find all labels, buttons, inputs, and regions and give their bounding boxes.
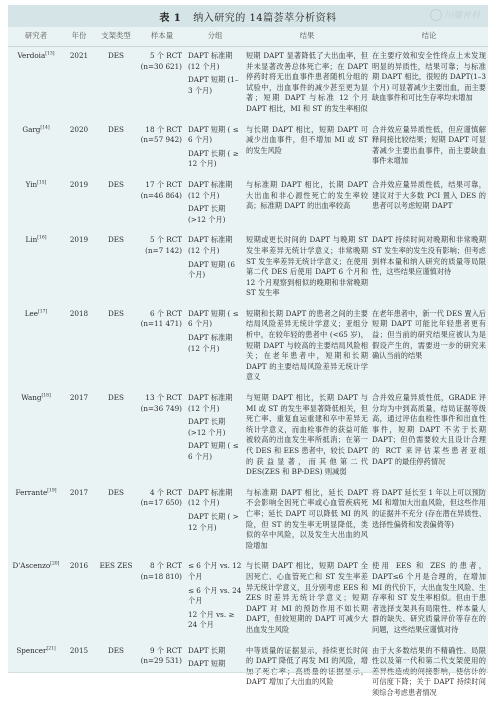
stent-type-value: EES ZES: [100, 561, 133, 570]
conclusion-text: 将 DAPT 延长至 1 年以上可以预防 MI 和增加大出血风险，但这些作用的证…: [372, 488, 486, 529]
stent-type-value: DES: [108, 235, 124, 244]
table-header-row: 研究者 年份 支架类型 样本量 分组 结果 结论: [8, 27, 488, 47]
group-item: DAPT 短期 ( ≤ 6 个月): [188, 309, 242, 330]
author-name: Ferrante: [15, 488, 47, 497]
table-row: Ferrante[19]2017DES4 个 RCT(n=17 650)DAPT…: [8, 484, 488, 558]
result-text: 与短期 DAPT 相比，长期 DAPT 与 MI 或 ST 的发生率显著降低相关…: [246, 393, 368, 476]
result-text: 短期和长期 DAPT 的患者之间的主要结局风险差异无统计学意义；亚组分析中，在较…: [246, 309, 368, 382]
meta-analysis-table: 研究者 年份 支架类型 样本量 分组 结果 结论 Verdoia[13]2021…: [8, 27, 488, 677]
study-count: 9 个 RCT: [140, 646, 182, 657]
group-item: DAPT 标准期 (12 个月): [188, 393, 242, 414]
cell-author: D'Ascenzo[20]: [8, 557, 64, 641]
year-value: 2016: [70, 561, 88, 570]
table-page: 表 1 纳入研究的 14篇荟萃分析资料 川藏骨科 研究者 年份 支架类型 样本量…: [8, 5, 488, 673]
group-item: DAPT 短期 ( ≤ 6 个月): [188, 125, 242, 146]
year-value: 2017: [70, 393, 88, 402]
cell-groups: DAPT 标准期 (12 个月)DAPT 长期 (>12 个月): [186, 176, 244, 231]
reference-citation: [17]: [38, 309, 47, 314]
cell-year: 2019: [64, 176, 94, 231]
conclusion-text: 合并效应量异质性低，结果可靠，建议对于大多数 PCI 置入 DES 的患者可以考…: [372, 180, 486, 210]
sample-n: (n=46 864): [140, 191, 182, 202]
group-item: DAPT 标准期 (12 个月): [188, 488, 242, 509]
group-item: DAPT 短期 ( ≤ 6 个月): [188, 441, 242, 462]
year-value: 2015: [70, 646, 88, 655]
author-name: Wang: [21, 393, 41, 402]
group-item: 12 个月 vs. ≥ 24 个月: [188, 610, 242, 631]
header-sample-size: 样本量: [138, 27, 186, 47]
cell-results: 短期和长期 DAPT 的患者之间的主要结局风险差异无统计学意义；亚组分析中，在较…: [244, 305, 370, 389]
cell-results: 短期或更长时间的 DAPT 与晚期 ST 发生率差异无统计学意义；非常晚期 ST…: [244, 231, 370, 305]
group-item: DAPT 长期 ( > 12 个月): [188, 512, 242, 533]
cell-conclusion: 合并效应量异质性低，结果可靠，建议对于大多数 PCI 置入 DES 的患者可以考…: [370, 176, 488, 231]
table-title: 表 1 纳入研究的 14篇荟萃分析资料: [159, 9, 336, 24]
cell-author: Lin[16]: [8, 231, 64, 305]
year-value: 2019: [70, 235, 88, 244]
author-name: D'Ascenzo: [13, 561, 51, 570]
study-count: 8 个 RCT: [140, 561, 182, 572]
group-item: DAPT 长期 (>12 个月): [188, 204, 242, 225]
cell-author: Yin[15]: [8, 176, 64, 231]
table-row: Verdoia[13]2021DES5 个 RCT(n=30 621)DAPT …: [8, 47, 488, 121]
group-item: ≤ 6 个月 vs. 12 个月: [188, 561, 242, 582]
conclusion-text: DAPT 持续时间对晚期和非常晚期 ST 发生率的发生没有影响；但考虑到样本量和…: [372, 235, 486, 276]
table-bottom-rule: [8, 672, 488, 673]
conclusion-text: 使用 EES 和 ZES 的患者，DAPT≤6 个月是合理的，在增加 MI 的代…: [372, 561, 486, 634]
cell-sample-size: 5 个 RCT(n=7 142): [138, 231, 186, 305]
conclusion-text: 合并效应量异质性低，但应谨慎解释间接比较结果；短期 DAPT 可显著减少主要出血…: [372, 125, 486, 166]
stent-type-value: DES: [108, 51, 124, 60]
group-item: DAPT 标准期 (12 个月): [188, 51, 242, 72]
cell-stent-type: DES: [94, 176, 138, 231]
cell-results: 与标准期 DAPT 相比，延长 DAPT 不会影响全因死亡率或心血管疾病死亡率；…: [244, 484, 370, 558]
author-name: Lin: [26, 235, 38, 244]
group-item: DAPT 短期 (6 个月): [188, 260, 242, 281]
sample-n: (n=36 749): [140, 404, 182, 415]
cell-year: 2016: [64, 557, 94, 641]
cell-year: 2018: [64, 305, 94, 389]
cell-groups: DAPT 短期 ( ≤ 6 个月)DAPT 长期 ( ≥ 12 个月): [186, 121, 244, 176]
author-name: Spencer: [16, 646, 46, 655]
sample-n: (n=11 471): [140, 319, 182, 330]
conclusion-text: 在老年患者中，新一代 DES 置入后短期 DAPT 可能比年轻患者更有益；但当前…: [372, 309, 486, 360]
cell-stent-type: DES: [94, 47, 138, 121]
year-value: 2017: [70, 488, 88, 497]
year-value: 2018: [70, 309, 88, 318]
group-item: ≤ 6 个月 vs. 24 个月: [188, 586, 242, 607]
cell-conclusion: 将 DAPT 延长至 1 年以上可以预防 MI 和增加大出血风险，但这些作用的证…: [370, 484, 488, 558]
result-text: 与标准期 DAPT 相比，长期 DAPT 大出血和非心源性死亡的发生率较高；标准…: [246, 180, 368, 210]
cell-groups: ≤ 6 个月 vs. 12 个月≤ 6 个月 vs. 24 个月12 个月 vs…: [186, 557, 244, 641]
cell-sample-size: 13 个 RCT(n=36 749): [138, 389, 186, 484]
study-count: 13 个 RCT: [140, 393, 182, 404]
cell-author: Verdoia[13]: [8, 47, 64, 121]
header-stent-type: 支架类型: [94, 27, 138, 47]
cell-conclusion: DAPT 持续时间对晚期和非常晚期 ST 发生率的发生没有影响；但考虑到样本量和…: [370, 231, 488, 305]
cell-groups: DAPT 标准期 (12 个月)DAPT 短期 (1–3 个月): [186, 47, 244, 121]
study-count: 17 个 RCT: [140, 180, 182, 191]
result-text: 短期 DAPT 显著降低了大出血率，但并未显著改善总体死亡率；在 DAPT 停药…: [246, 51, 368, 113]
study-count: 5 个 RCT: [140, 235, 182, 246]
group-item: DAPT 短期 (1–3 个月): [188, 75, 242, 96]
sample-n: (n=30 621): [140, 62, 182, 73]
table-row: Yin[15]2019DES17 个 RCT(n=46 864)DAPT 标准期…: [8, 176, 488, 231]
conclusion-text: 合并效应量异质性低，GRADE 评分均为中到高质量，结局证据等级高，通过评估血栓…: [372, 393, 486, 466]
header-year: 年份: [64, 27, 94, 47]
cell-stent-type: DES: [94, 389, 138, 484]
result-text: 短期或更长时间的 DAPT 与晚期 ST 发生率差异无统计学意义；非常晚期 ST…: [246, 235, 368, 297]
result-text: 与标准期 DAPT 相比，延长 DAPT 不会影响全因死亡率或心血管疾病死亡率；…: [246, 488, 368, 550]
cell-stent-type: EES ZES: [94, 557, 138, 641]
author-name: Garg: [22, 125, 40, 134]
study-count: 6 个 RCT: [140, 309, 182, 320]
header-groups: 分组: [186, 27, 244, 47]
group-item: DAPT 标准期 (12 个月): [188, 180, 242, 201]
table-number: 表 1: [159, 13, 181, 24]
cell-conclusion: 合并效应量异质性低，但应谨慎解释间接比较结果；短期 DAPT 可显著减少主要出血…: [370, 121, 488, 176]
stent-type-value: DES: [108, 646, 124, 655]
group-item: DAPT 长期 (>12 个月): [188, 417, 242, 438]
table-row: Lin[16]2019DES5 个 RCT(n=7 142)DAPT 标准期 (…: [8, 231, 488, 305]
cell-conclusion: 使用 EES 和 ZES 的患者，DAPT≤6 个月是合理的，在增加 MI 的代…: [370, 557, 488, 641]
author-name: Verdoia: [18, 51, 46, 60]
cell-year: 2021: [64, 47, 94, 121]
study-count: 18 个 RCT: [140, 125, 182, 136]
reference-citation: [15]: [37, 181, 46, 186]
year-value: 2019: [70, 180, 88, 189]
cell-results: 与长期 DAPT 相比，短期 DAPT 全因死亡、心血管死亡和 ST 发生率差异…: [244, 557, 370, 641]
cell-sample-size: 17 个 RCT(n=46 864): [138, 176, 186, 231]
header-conclusion: 结论: [370, 27, 488, 47]
reference-citation: [13]: [45, 52, 54, 57]
cell-stent-type: DES: [94, 305, 138, 389]
cell-year: 2017: [64, 484, 94, 558]
cell-conclusion: 合并效应量异质性低，GRADE 评分均为中到高质量，结局证据等级高，通过评估血栓…: [370, 389, 488, 484]
group-item: DAPT 长期: [188, 646, 242, 657]
reference-citation: [21]: [46, 646, 55, 651]
cell-results: 短期 DAPT 显著降低了大出血率，但并未显著改善总体死亡率；在 DAPT 停药…: [244, 47, 370, 121]
table-row: Lee[17]2018DES6 个 RCT(n=11 471)DAPT 短期 (…: [8, 305, 488, 389]
group-item: DAPT 标准期 (12 个月): [188, 235, 242, 256]
cell-results: 与标准期 DAPT 相比，长期 DAPT 大出血和非心源性死亡的发生率较高；标准…: [244, 176, 370, 231]
cell-groups: DAPT 标准期 (12 个月)DAPT 长期 ( > 12 个月): [186, 484, 244, 558]
sample-n: (n=17 650): [140, 498, 182, 509]
group-item: DAPT 长期 ( ≥ 12 个月): [188, 149, 242, 170]
conclusion-text: 在主要疗效和安全性终点上未发现明显的异质性，结果可靠；与标准期 DAPT 相比，…: [372, 51, 486, 102]
cell-author: Lee[17]: [8, 305, 64, 389]
result-text: 与长期 DAPT 相比，短期 DAPT 可减少出血事件，但不增加 MI 或 ST…: [246, 125, 368, 155]
header-results: 结果: [244, 27, 370, 47]
study-count: 5 个 RCT: [140, 51, 182, 62]
cell-stent-type: DES: [94, 484, 138, 558]
group-item: DAPT 标准期 (12 个月): [188, 333, 242, 354]
table-title-bar: 表 1 纳入研究的 14篇荟萃分析资料 川藏骨科: [8, 5, 488, 27]
cell-results: 与长期 DAPT 相比，短期 DAPT 可减少出血事件，但不增加 MI 或 ST…: [244, 121, 370, 176]
cell-groups: DAPT 标准期 (12 个月)DAPT 长期 (>12 个月)DAPT 短期 …: [186, 389, 244, 484]
table-caption: 纳入研究的 14篇荟萃分析资料: [193, 13, 336, 24]
year-value: 2021: [70, 51, 88, 60]
reference-citation: [20]: [50, 562, 59, 567]
cell-year: 2020: [64, 121, 94, 176]
author-name: Yin: [26, 180, 38, 189]
sample-n: (n=57 942): [140, 135, 182, 146]
stent-type-value: DES: [108, 393, 124, 402]
watermark-logo-icon: [430, 9, 442, 21]
stent-type-value: DES: [108, 180, 124, 189]
cell-conclusion: 在主要疗效和安全性终点上未发现明显的异质性，结果可靠；与标准期 DAPT 相比，…: [370, 47, 488, 121]
cell-sample-size: 6 个 RCT(n=11 471): [138, 305, 186, 389]
cell-groups: DAPT 短期 ( ≤ 6 个月)DAPT 标准期 (12 个月): [186, 305, 244, 389]
author-name: Lee: [25, 309, 38, 318]
group-item: DAPT 短期: [188, 659, 242, 670]
stent-type-value: DES: [108, 125, 124, 134]
table-body: Verdoia[13]2021DES5 个 RCT(n=30 621)DAPT …: [8, 47, 488, 678]
cell-sample-size: 8 个 RCT(n=18 810): [138, 557, 186, 641]
cell-stent-type: DES: [94, 121, 138, 176]
cell-conclusion: 在老年患者中，新一代 DES 置入后短期 DAPT 可能比年轻患者更有益；但当前…: [370, 305, 488, 389]
table-row: Wang[18]2017DES13 个 RCT(n=36 749)DAPT 标准…: [8, 389, 488, 484]
cell-author: Wang[18]: [8, 389, 64, 484]
year-value: 2020: [70, 125, 88, 134]
study-count: 4 个 RCT: [140, 488, 182, 499]
watermark: 川藏骨科: [430, 8, 480, 21]
reference-citation: [16]: [37, 236, 46, 241]
cell-year: 2017: [64, 389, 94, 484]
cell-sample-size: 5 个 RCT(n=30 621): [138, 47, 186, 121]
sample-n: (n=7 142): [140, 246, 182, 257]
table-row: Garg[14]2020DES18 个 RCT(n=57 942)DAPT 短期…: [8, 121, 488, 176]
cell-results: 与短期 DAPT 相比，长期 DAPT 与 MI 或 ST 的发生率显著降低相关…: [244, 389, 370, 484]
cell-year: 2019: [64, 231, 94, 305]
stent-type-value: DES: [108, 309, 124, 318]
watermark-text: 川藏骨科: [444, 8, 480, 21]
cell-groups: DAPT 标准期 (12 个月)DAPT 短期 (6 个月): [186, 231, 244, 305]
header-author: 研究者: [8, 27, 64, 47]
sample-n: (n=18 810): [140, 572, 182, 583]
reference-citation: [18]: [42, 394, 51, 399]
reference-citation: [14]: [40, 125, 49, 130]
cell-sample-size: 18 个 RCT(n=57 942): [138, 121, 186, 176]
cell-sample-size: 4 个 RCT(n=17 650): [138, 484, 186, 558]
reference-citation: [19]: [47, 488, 56, 493]
result-text: 与长期 DAPT 相比，短期 DAPT 全因死亡、心血管死亡和 ST 发生率差异…: [246, 561, 368, 634]
cell-author: Garg[14]: [8, 121, 64, 176]
table-row: D'Ascenzo[20]2016EES ZES8 个 RCT(n=18 810…: [8, 557, 488, 641]
sample-n: (n=29 531): [140, 656, 182, 667]
cell-author: Ferrante[19]: [8, 484, 64, 558]
cell-stent-type: DES: [94, 231, 138, 305]
stent-type-value: DES: [108, 488, 124, 497]
